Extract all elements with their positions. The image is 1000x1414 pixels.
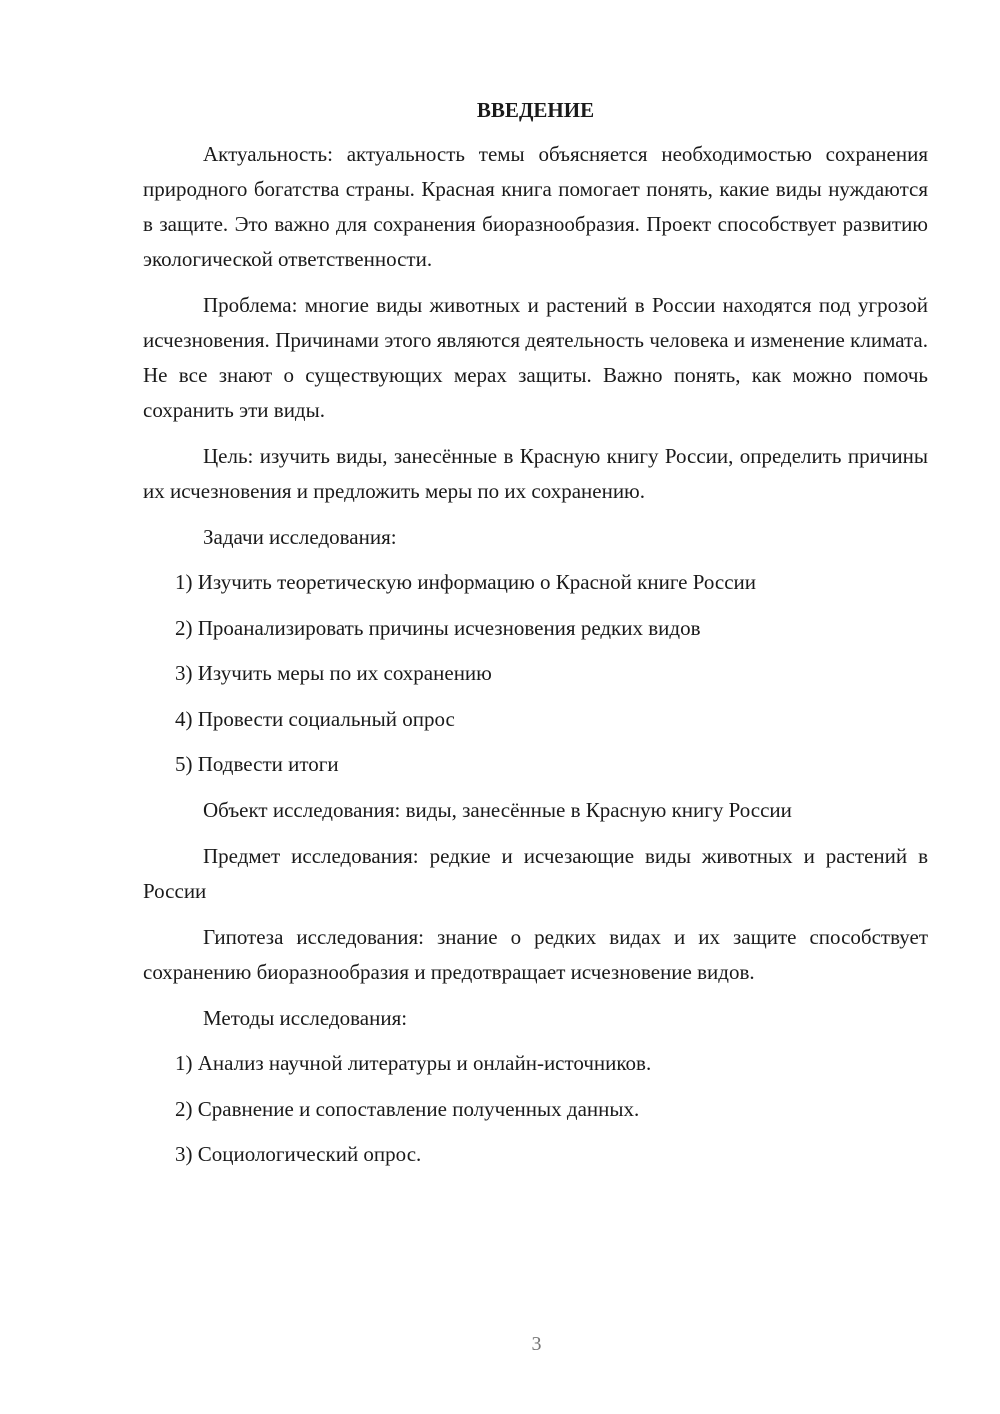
problem-paragraph: Проблема: многие виды животных и растени… [143,288,928,428]
hypothesis-paragraph: Гипотеза исследования: знание о редких в… [143,920,928,990]
methods-list: 1) Анализ научной литературы и онлайн-ис… [143,1046,928,1172]
tasks-list: 1) Изучить теоретическую информацию о Кр… [143,565,928,782]
task-item: 5) Подвести итоги [143,747,928,782]
page-content: ВВЕДЕНИЕ Актуальность: актуальность темы… [143,95,928,1183]
task-item: 2) Проанализировать причины исчезновения… [143,611,928,646]
task-item: 1) Изучить теоретическую информацию о Кр… [143,565,928,600]
task-item: 4) Провести социальный опрос [143,702,928,737]
object-paragraph: Объект исследования: виды, занесённые в … [143,793,928,828]
methods-heading: Методы исследования: [143,1001,928,1036]
tasks-heading: Задачи исследования: [143,520,928,555]
subject-paragraph: Предмет исследования: редкие и исчезающи… [143,839,928,909]
document-page: ВВЕДЕНИЕ Актуальность: актуальность темы… [0,0,1000,1414]
page-number: 3 [0,1333,1000,1356]
goal-paragraph: Цель: изучить виды, занесённые в Красную… [143,439,928,509]
relevance-paragraph: Актуальность: актуальность темы объясняе… [143,137,928,277]
section-title: ВВЕДЕНИЕ [143,95,928,125]
method-item: 1) Анализ научной литературы и онлайн-ис… [143,1046,928,1081]
method-item: 3) Социологический опрос. [143,1137,928,1172]
method-item: 2) Сравнение и сопоставление полученных … [143,1092,928,1127]
task-item: 3) Изучить меры по их сохранению [143,656,928,691]
